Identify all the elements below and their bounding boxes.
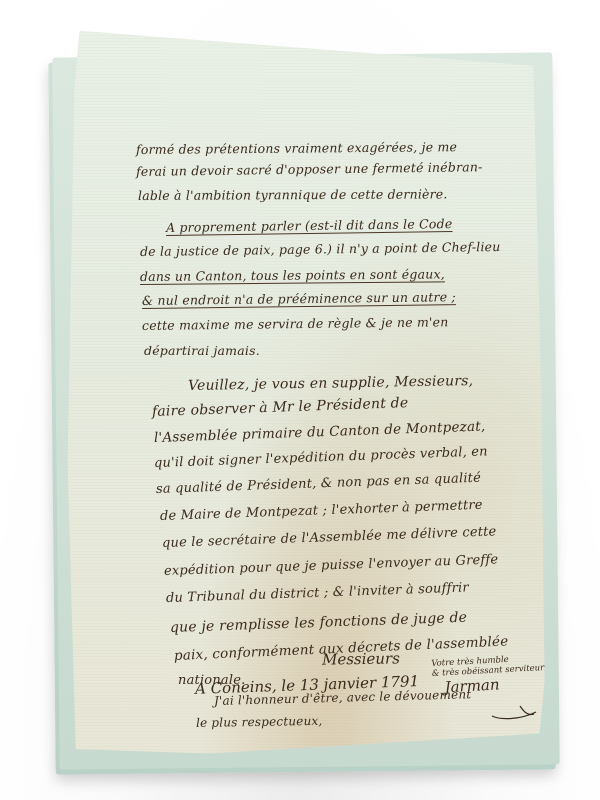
- body-line: départirai jamais.: [144, 343, 260, 358]
- salutation: Messieurs: [322, 649, 400, 668]
- body-line: dans un Canton, tous les points en sont …: [140, 266, 445, 284]
- body-line: formé des prétentions vraiment exagérées…: [136, 139, 457, 157]
- body-line: lable à l'ambition tyrannique de cette d…: [138, 186, 448, 203]
- body-line: le plus respectueux,: [196, 714, 323, 730]
- closing-signature: Votre très humble & très obéissant servi…: [431, 653, 545, 697]
- signature-flourish-icon: [490, 702, 540, 722]
- photo-scene: formé des prétentions vraiment exagérées…: [0, 0, 600, 800]
